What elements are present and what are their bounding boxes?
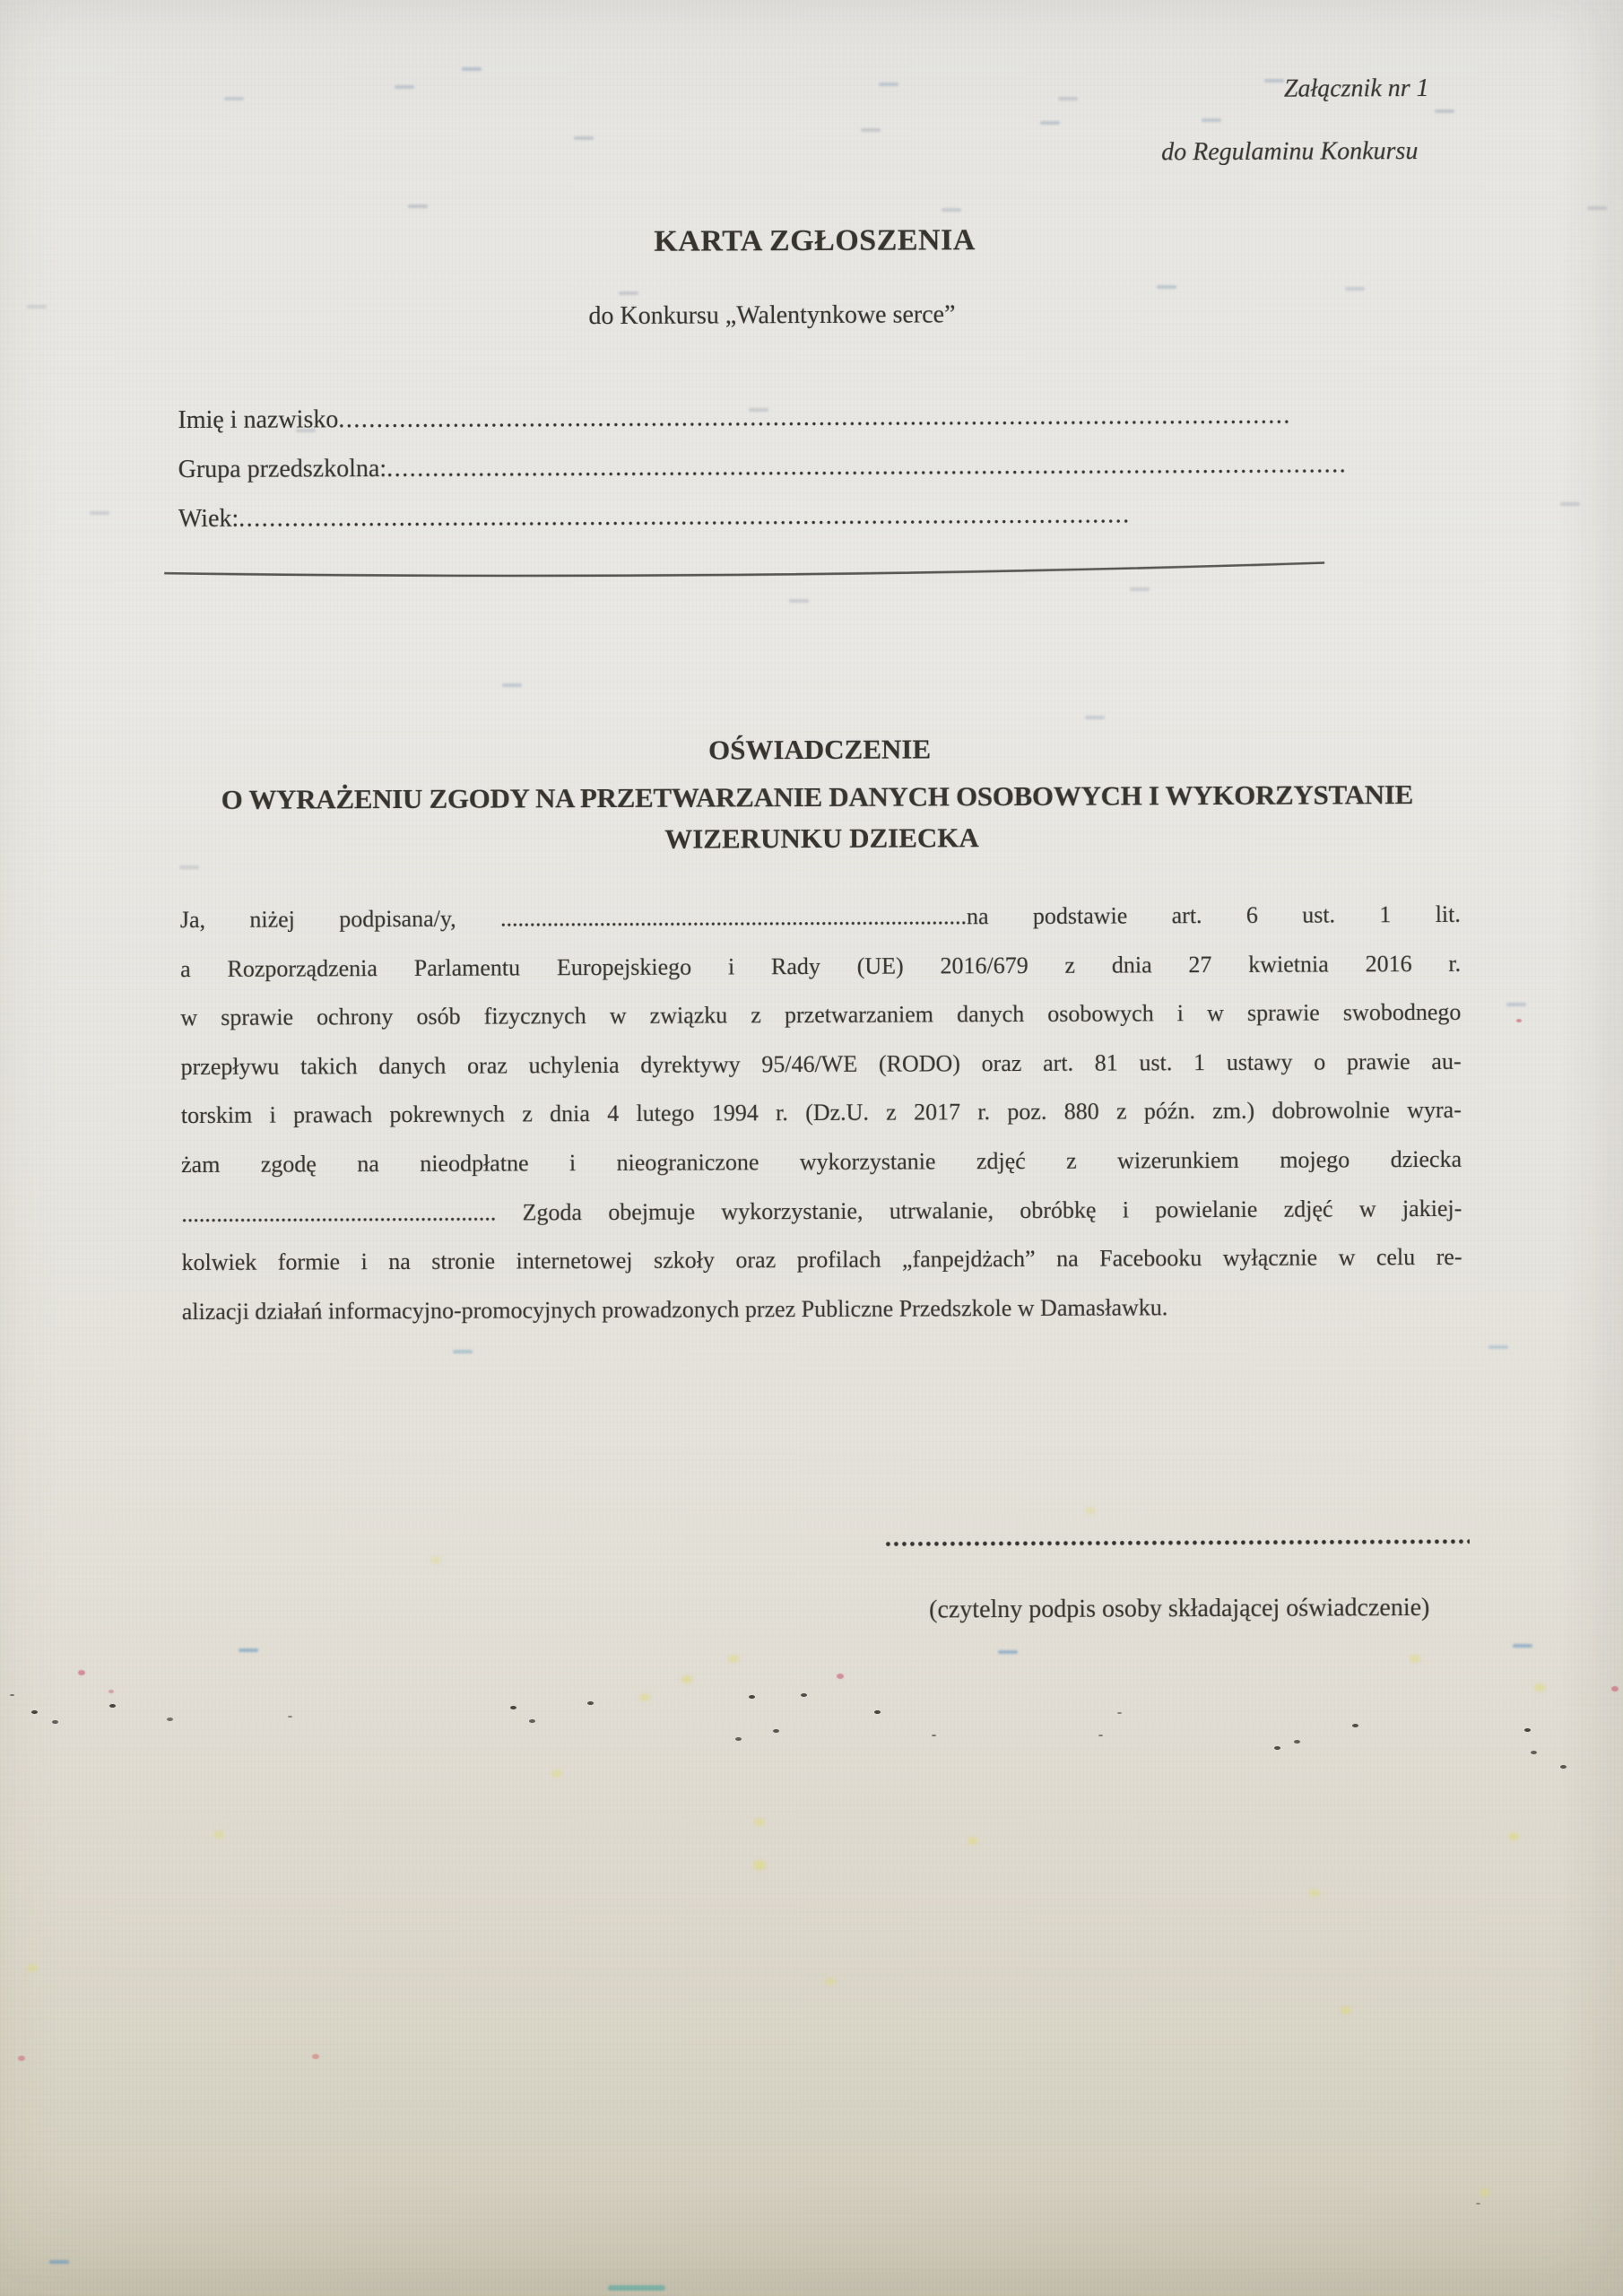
field-row-name: Imię i nazwisko.........................… [178, 402, 1289, 435]
field-row-group: Grupa przedszkolna: ....................… [178, 450, 1346, 484]
statement-line: ........................................… [181, 1184, 1462, 1239]
statement-line: w sprawie ochrony osób fizycznych w zwią… [180, 988, 1461, 1043]
field-row-age: Wiek: ..................................… [178, 500, 1131, 534]
statement-subheading-line2: WIZERUNKU DZIECKA [10, 819, 1623, 858]
statement-line: żam zgodę na nieodpłatne i nieograniczon… [181, 1135, 1462, 1190]
signature-caption: (czytelny podpis osoby składającej oświa… [870, 1594, 1488, 1625]
age-field-label: Wiek: [178, 505, 239, 534]
document-content: Załącznik nr 1 do Regulaminu Konkursu KA… [0, 0, 1623, 2296]
statement-line: torskim i prawach pokrewnych z dnia 4 lu… [181, 1086, 1462, 1141]
statement-heading: OŚWIADCZENIE [8, 730, 1623, 770]
statement-line: alizacji działań informacyjno-promocyjny… [182, 1283, 1462, 1337]
statement-subheading-line1: O WYRAŻENIU ZGODY NA PRZETWARZANIE DANYC… [5, 778, 1623, 817]
statement-line: kolwiek formie i na stronie internetowej… [181, 1233, 1462, 1288]
attachment-note-line1: Załącznik nr 1 [1284, 74, 1429, 104]
group-field-label: Grupa przedszkolna: [178, 455, 387, 484]
statement-line: Ja, niżej podpisana/y, .................… [180, 891, 1461, 945]
statement-line: przepływu takich danych oraz uchylenia d… [180, 1038, 1461, 1092]
attachment-note-line2: do Regulaminu Konkursu [1161, 137, 1418, 167]
name-field-dotted-line: ........................................… [338, 402, 1289, 435]
statement-line: a Rozporządzenia Parlamentu Europejskieg… [180, 939, 1461, 994]
age-field-dotted-line: ........................................… [239, 500, 1131, 533]
section-divider-line [159, 553, 1333, 586]
group-field-dotted-line: ........................................… [386, 450, 1346, 483]
document-title: KARTA ZGŁOSZENIA [4, 221, 1623, 262]
document-subtitle: do Konkursu „Walentynkowe serce” [0, 298, 1584, 334]
signature-dotted-line: ........................................… [885, 1522, 1470, 1561]
statement-paragraph: Ja, niżej podpisana/y, .................… [180, 891, 1462, 1337]
name-field-label: Imię i nazwisko [178, 405, 338, 435]
scanned-form-page: Załącznik nr 1 do Regulaminu Konkursu KA… [0, 0, 1623, 2296]
